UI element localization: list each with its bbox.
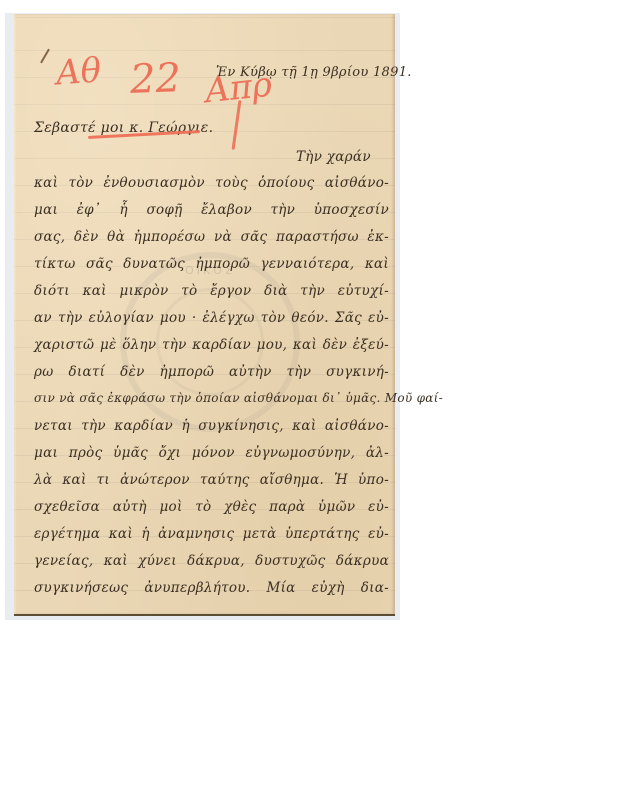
body-line: χαριστῶ μὲ ὅλην τὴν καρδίαν μου, καὶ δὲν… (34, 337, 389, 353)
body-line: συγκινήσεως ἀνυπερβλήτου. Μία εὐχὴ δια- (34, 580, 389, 596)
body-line: σιν νὰ σᾶς ἐκφράσω τὴν ὁποίαν αἰσθάνομαι… (34, 391, 389, 405)
red-annotation-part-2: 22 (129, 55, 181, 103)
date-line: Ἐν Κύβῳ τῇ 1ῃ 9βρίου 1891. (216, 65, 412, 80)
body-line: εργέτημα καὶ ἡ ἀναμνησις μετὰ ὑπερτάτης … (34, 526, 389, 542)
body-line: αν τὴν εὐλογίαν μου · ἐλέγχω τὸν θεόν. Σ… (34, 310, 389, 326)
body-line: νεται τὴν καρδίαν ἡ συγκίνησις, καὶ αἰσθ… (34, 418, 389, 434)
body-line: ρω διατί δὲν ἠμπορῶ αὐτὴν τὴν συγκινή- (34, 364, 389, 380)
ink-tick-mark (40, 49, 50, 64)
body-line: καὶ τὸν ἐνθουσιασμὸν τοὺς ὁποίους αἰσθάν… (34, 175, 389, 191)
body-line: τίκτω σᾶς δυνατῶς ἠμπορῶ γενναιότερα, κα… (34, 256, 389, 272)
red-annotation-part-1: Αθ (55, 50, 103, 93)
body-line: μαι ἐφ᾽ ἧ σοφῇ ἔλαβον τὴν ὑποσχεσίν (34, 202, 389, 218)
body-line: λὰ καὶ τι ἀνώτερον ταύτης αἴσθημα. Ἡ ὑπο… (34, 472, 389, 488)
body-line: μαι πρὸς ὑμᾶς ὄχι μόνον εὐγνωμοσύνην, ἀλ… (34, 445, 389, 461)
body-line: γενείας, καὶ χύνει δάκρυα, δυστυχῶς δάκρ… (34, 553, 389, 569)
body-line: σας, δὲν θὰ ἠμπορέσω νὰ σᾶς παραστήσω ἐκ… (34, 229, 389, 245)
body-line: σχεθεῖσα αὐτὴ μοὶ τὸ χθὲς παρὰ ὑμῶν εὐ- (34, 499, 389, 515)
opening-words: Τὴν χαράν (296, 149, 371, 165)
body-line: διότι καὶ μικρὸν τὸ ἔργον διὰ τὴν εὐτυχί… (34, 283, 389, 299)
